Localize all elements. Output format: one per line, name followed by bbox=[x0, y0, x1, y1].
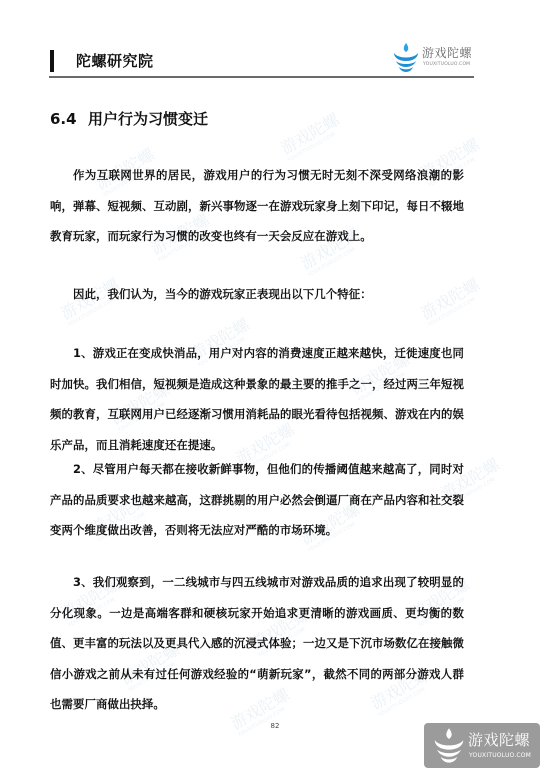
header-divider bbox=[49, 76, 474, 78]
header-accent-bar bbox=[50, 50, 54, 72]
header-title: 陀螺研究院 bbox=[76, 50, 154, 72]
body-paragraph: 作为互联网世界的居民，游戏用户的行为习惯无时无刻不深受网络浪潮的影响，弹幕、短视… bbox=[50, 160, 464, 252]
logo-name-en: YOUXITUOLUO.COM bbox=[423, 62, 470, 68]
logo-name-cn: 游戏陀螺 bbox=[422, 46, 472, 60]
body-paragraph: 3、我们观察到，一二线城市与四五线城市对游戏品质的追求出现了较明显的分化现象。一… bbox=[50, 567, 464, 720]
watermark: 游戏陀螺YOUXITUOLUO.COM bbox=[278, 111, 346, 165]
body-paragraph: 因此，我们认为，当今的游戏玩家正表现出以下几个特征： bbox=[50, 279, 464, 310]
body-paragraph: 1、游戏正在变成快消品，用户对内容的消费速度正越来越快，迁徙速度也同时加快。我们… bbox=[50, 338, 464, 460]
gyro-logo-icon bbox=[432, 727, 466, 765]
gyro-logo-icon bbox=[392, 42, 420, 74]
badge-name-en: YOUXITUOLUO.COM bbox=[469, 752, 531, 760]
body-paragraph: 2、尽管用户每天都在接收新鲜事物，但他们的传播阈值越来越高了，同时对产品的品质要… bbox=[50, 454, 464, 546]
header-logo: 游戏陀螺 YOUXITUOLUO.COM bbox=[392, 42, 478, 74]
footer-logo-badge: 游戏陀螺 YOUXITUOLUO.COM bbox=[424, 723, 540, 768]
badge-name-cn: 游戏陀螺 bbox=[468, 731, 530, 749]
section-number: 6.4 bbox=[50, 108, 88, 130]
section-heading: 6.4用户行为习惯变迁 bbox=[50, 108, 208, 130]
section-title: 用户行为习惯变迁 bbox=[88, 110, 208, 128]
document-page: 游戏陀螺YOUXITUOLUO.COM 游戏陀螺YOUXITUOLUO.COM … bbox=[0, 0, 550, 777]
